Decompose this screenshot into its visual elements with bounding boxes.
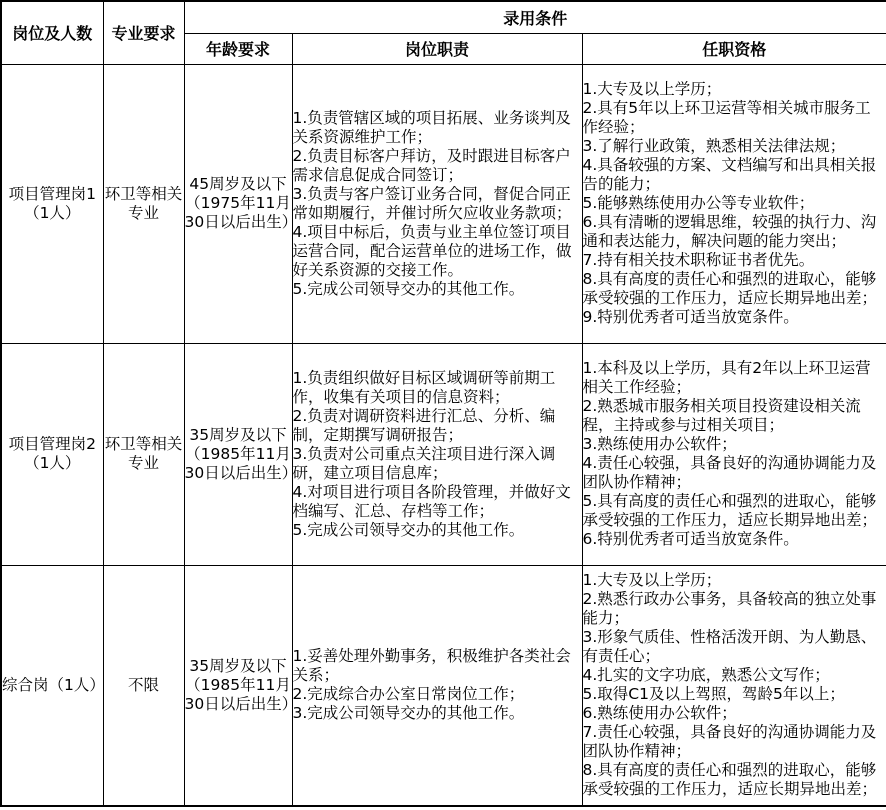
list-item: 5.完成公司领导交办的其他工作。 [293,280,582,299]
age-cell: 45周岁及以下（1975年11月30日以后出生） [184,64,292,343]
list-item: 3.熟练使用办公软件； [583,435,886,454]
list-item: 2.熟悉行政办公事务，具备较高的独立处事能力； [583,590,886,628]
list-item: 3.形象气质佳、性格活泼开朗、为人勤恳、有责任心； [583,628,886,666]
list-item: 8.具有高度的责任心和强烈的进取心，能够承受较强的工作压力，适应长期异地出差； [583,761,886,799]
major-cell: 环卫等相关专业 [103,64,184,343]
recruitment-table-page: 岗位及人数 专业要求 录用条件 年龄要求 岗位职责 任职资格 项目管理岗1（1人… [0,0,886,810]
list-item: 2.负责目标客户拜访，及时跟进目标客户需求信息促成合同签订； [293,147,582,185]
list-item: 2.熟悉城市服务相关项目投资建设相关流程，主持或参与过相关项目； [583,397,886,435]
list-item: 5.具有高度的责任心和强烈的进取心，能够承受较强的工作压力，适应长期异地出差； [583,492,886,530]
list-item: 6.特别优秀者可适当放宽条件。 [583,530,886,549]
list-item: 2.具有5年以上环卫运营等相关城市服务工作经验； [583,99,886,137]
list-item: 4.扎实的文字功底，熟悉公文写作； [583,666,886,685]
table-row-project-manager-2: 项目管理岗2（1人） 环卫等相关专业 35周岁及以下（1985年11月30日以后… [1,343,886,565]
list-item: 4.项目中标后，负责与业主单位签订项目运营合同，配合运营单位的进场工作，做好关系… [293,223,582,280]
list-item: 8.具有高度的责任心和强烈的进取心，能够承受较强的工作压力，适应长期异地出差； [583,270,886,308]
list-item: 3.负责对公司重点关注项目进行深入调研，建立项目信息库； [293,445,582,483]
age-cell: 35周岁及以下（1985年11月30日以后出生） [184,565,292,806]
list-item: 7.责任心较强，具备良好的沟通协调能力及团队协作精神； [583,723,886,761]
position-cell: 项目管理岗1（1人） [1,64,103,343]
list-item: 1.妥善处理外勤事务，积极维护各类社会关系； [293,647,582,685]
header-conditions: 录用条件 [184,1,886,33]
duties-cell: 1.负责组织做好目标区域调研等前期工作，收集有关项目的信息资料；2.负责对调研资… [292,343,582,565]
duties-cell: 1.负责管辖区域的项目拓展、业务谈判及关系资源维护工作；2.负责目标客户拜访，及… [292,64,582,343]
qualifications-cell: 1.大专及以上学历；2.熟悉行政办公事务，具备较高的独立处事能力；3.形象气质佳… [582,565,886,806]
list-item: 2.完成综合办公室日常岗位工作； [293,685,582,704]
header-row-top: 岗位及人数 专业要求 录用条件 [1,1,886,33]
major-cell: 环卫等相关专业 [103,343,184,565]
recruitment-table: 岗位及人数 专业要求 录用条件 年龄要求 岗位职责 任职资格 项目管理岗1（1人… [0,0,886,807]
list-item: 7.持有相关技术职称证书者优先。 [583,251,886,270]
list-item: 1.大专及以上学历； [583,80,886,99]
list-item: 1.负责组织做好目标区域调研等前期工作，收集有关项目的信息资料； [293,369,582,407]
position-cell: 项目管理岗2（1人） [1,343,103,565]
header-major: 专业要求 [103,1,184,64]
qualifications-cell: 1.大专及以上学历；2.具有5年以上环卫运营等相关城市服务工作经验；3.了解行业… [582,64,886,343]
list-item: 5.取得C1及以上驾照，驾龄5年以上； [583,685,886,704]
list-item: 5.完成公司领导交办的其他工作。 [293,521,582,540]
list-item: 5.能够熟练使用办公等专业软件； [583,194,886,213]
list-item: 4.具备较强的方案、文档编写和出具相关报告的能力； [583,156,886,194]
list-item: 3.完成公司领导交办的其他工作。 [293,704,582,723]
list-item: 4.责任心较强，具备良好的沟通协调能力及团队协作精神； [583,454,886,492]
list-item: 1.负责管辖区域的项目拓展、业务谈判及关系资源维护工作； [293,109,582,147]
header-age: 年龄要求 [184,33,292,64]
list-item: 3.负责与客户签订业务合同，督促合同正常如期履行，并催讨所欠应收业务款项； [293,185,582,223]
list-item: 3.了解行业政策，熟悉相关法律法规； [583,137,886,156]
position-cell: 综合岗（1人） [1,565,103,806]
age-cell: 35周岁及以下（1985年11月30日以后出生） [184,343,292,565]
qualifications-cell: 1.本科及以上学历，具有2年以上环卫运营相关工作经验；2.熟悉城市服务相关项目投… [582,343,886,565]
header-duties: 岗位职责 [292,33,582,64]
header-position: 岗位及人数 [1,1,103,64]
header-qualifications: 任职资格 [582,33,886,64]
list-item: 9.特别优秀者可适当放宽条件。 [583,308,886,327]
list-item: 1.大专及以上学历； [583,571,886,590]
list-item: 6.具有清晰的逻辑思维，较强的执行力、沟通和表达能力，解决问题的能力突出； [583,213,886,251]
list-item: 2.负责对调研资料进行汇总、分析、编制，定期撰写调研报告； [293,407,582,445]
list-item: 4.对项目进行项目各阶段管理，并做好文档编写、汇总、存档等工作； [293,483,582,521]
table-row-project-manager-1: 项目管理岗1（1人） 环卫等相关专业 45周岁及以下（1975年11月30日以后… [1,64,886,343]
list-item: 6.熟练使用办公软件； [583,704,886,723]
duties-cell: 1.妥善处理外勤事务，积极维护各类社会关系；2.完成综合办公室日常岗位工作；3.… [292,565,582,806]
major-cell: 不限 [103,565,184,806]
table-row-general-post: 综合岗（1人） 不限 35周岁及以下（1985年11月30日以后出生） 1.妥善… [1,565,886,806]
list-item: 1.本科及以上学历，具有2年以上环卫运营相关工作经验； [583,359,886,397]
